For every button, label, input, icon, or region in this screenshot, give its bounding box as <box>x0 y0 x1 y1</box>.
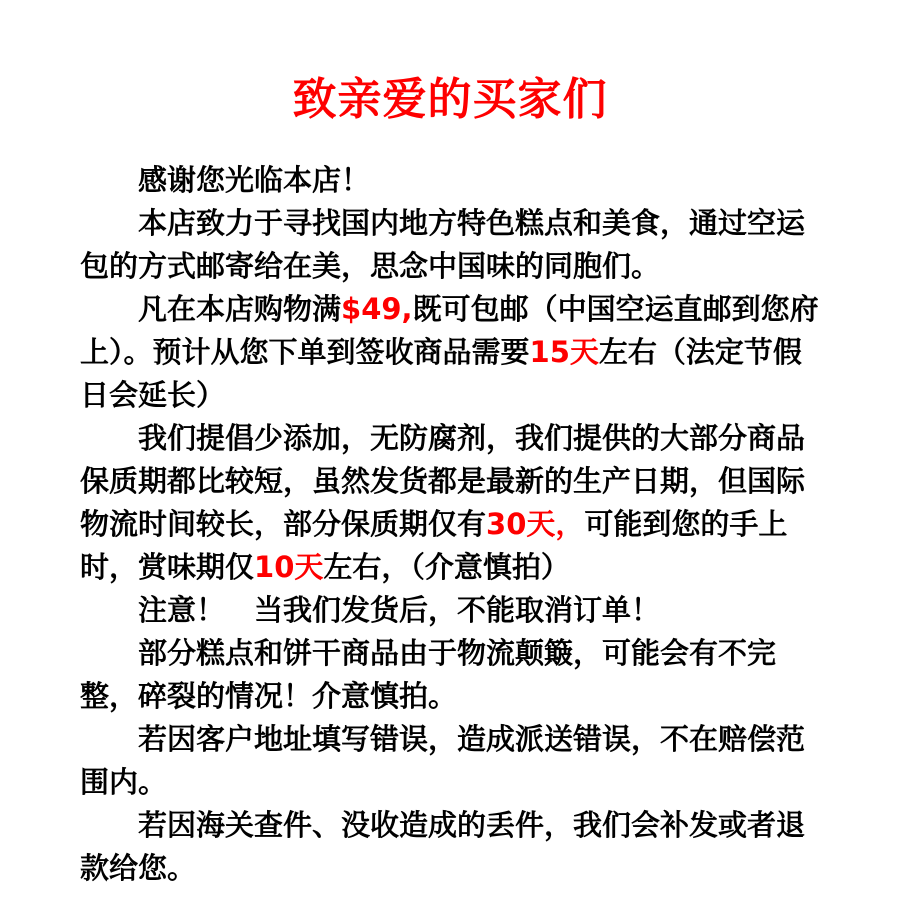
notice-paragraph: 感谢您光临本店！ <box>80 159 820 202</box>
highlight-text: $49, <box>341 292 413 326</box>
highlight-text: 30天， <box>486 507 584 541</box>
text-segment: 本店致力于寻找国内地方特色糕点和美食，通过空运包的方式邮寄给在美，思念中国味的同… <box>80 206 805 283</box>
notice-paragraph: 我们提倡少添加，无防腐剂，我们提供的大部分商品保质期都比较短，虽然发货都是最新的… <box>80 417 820 589</box>
notice-body: 感谢您光临本店！本店致力于寻找国内地方特色糕点和美食，通过空运包的方式邮寄给在美… <box>80 159 820 890</box>
notice-paragraph: 若因客户地址填写错误，造成派送错误，不在赔偿范围内。 <box>80 718 820 804</box>
text-segment: 部分糕点和饼干商品由于物流颠簸，可能会有不完整，碎裂的情况！介意慎拍。 <box>80 636 776 713</box>
text-segment: 左右，（介意慎拍） <box>323 550 570 584</box>
highlight-text: 10天 <box>254 550 323 584</box>
text-segment: 若因客户地址填写错误，造成派送错误，不在赔偿范围内。 <box>80 722 805 799</box>
notice-paragraph: 凡在本店购物满$49,既可包邮（中国空运直邮到您府上）。预计从您下单到签收商品需… <box>80 288 820 417</box>
notice-paragraph: 若因海关查件、没收造成的丢件，我们会补发或者退款给您。 <box>80 804 820 890</box>
highlight-text: 15天 <box>530 335 599 369</box>
text-segment: 若因海关查件、没收造成的丢件，我们会补发或者退款给您。 <box>80 808 805 885</box>
buyer-notice-page: 致亲爱的买家们 感谢您光临本店！本店致力于寻找国内地方特色糕点和美食，通过空运包… <box>0 0 900 900</box>
text-segment: 感谢您光临本店！ <box>138 163 370 197</box>
notice-paragraph: 注意！ 当我们发货后，不能取消订单！ <box>80 589 820 632</box>
text-segment: 注意！ 当我们发货后，不能取消订单！ <box>138 593 660 627</box>
page-title: 致亲爱的买家们 <box>0 74 900 127</box>
notice-paragraph: 本店致力于寻找国内地方特色糕点和美食，通过空运包的方式邮寄给在美，思念中国味的同… <box>80 202 820 288</box>
text-segment: 凡在本店购物满 <box>138 292 341 326</box>
notice-paragraph: 部分糕点和饼干商品由于物流颠簸，可能会有不完整，碎裂的情况！介意慎拍。 <box>80 632 820 718</box>
